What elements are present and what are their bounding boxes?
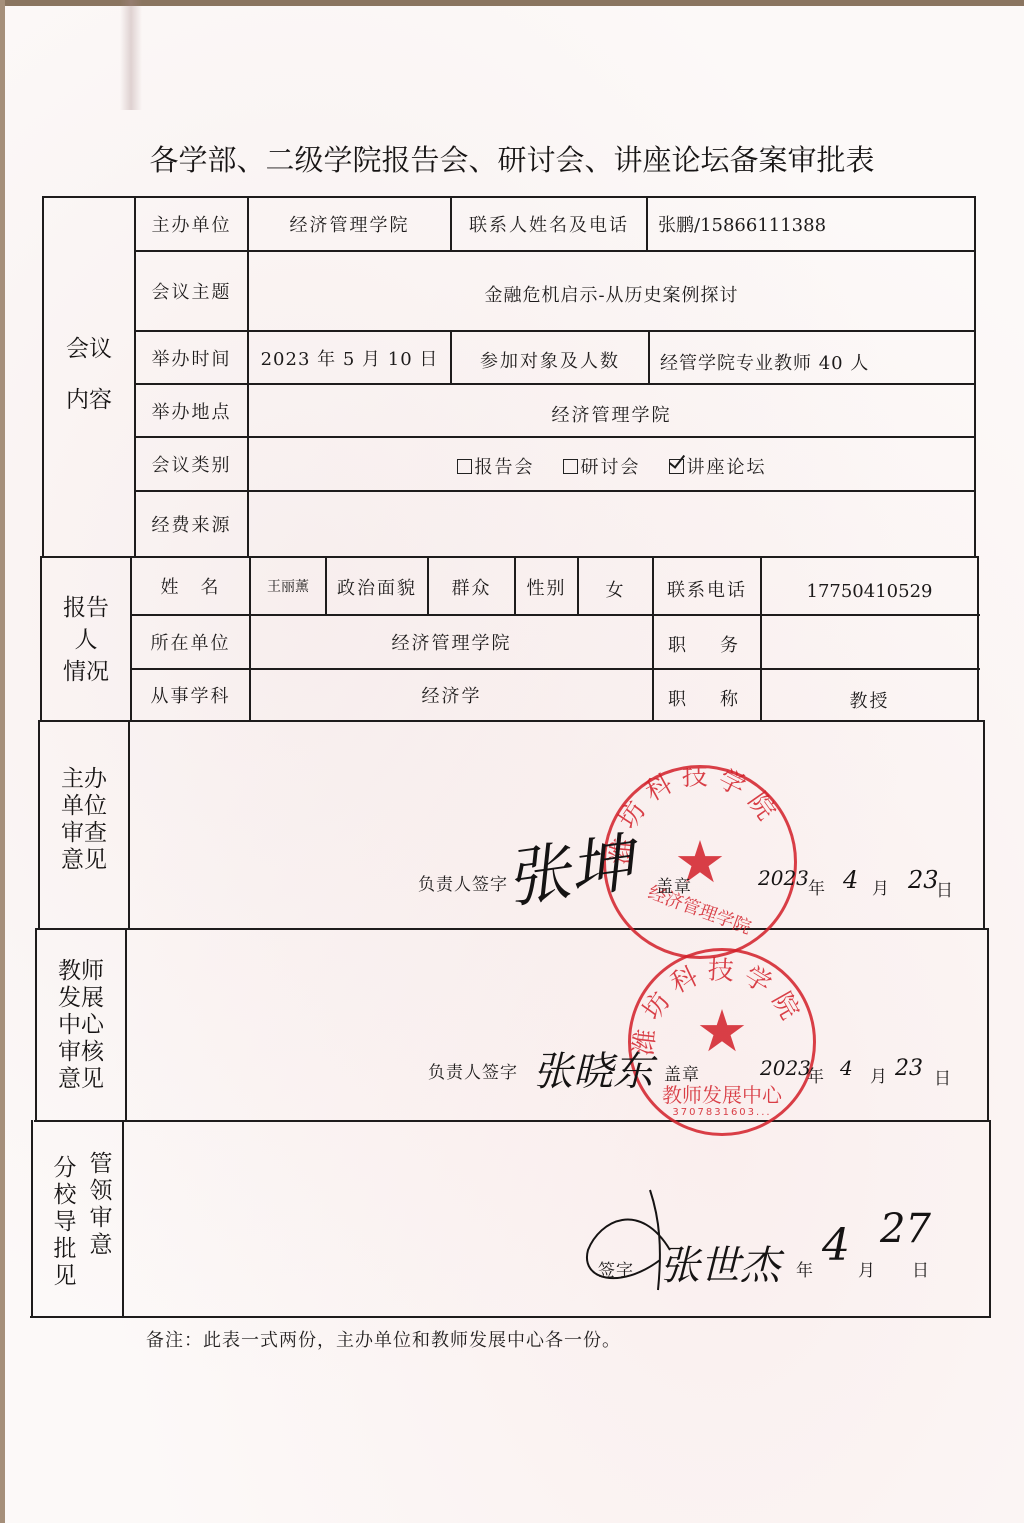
approval-form: 会议 内容 主办单位 经济管理学院 联系人姓名及电话 张鹏/1586611138…	[0, 0, 1024, 1523]
section-label-line: 会议	[66, 336, 112, 363]
seal-star-icon: ★	[696, 1002, 748, 1060]
checkbox-checked-icon[interactable]	[669, 459, 684, 474]
day-label: 日	[912, 1256, 930, 1281]
phone-label: 联系电话	[654, 560, 760, 618]
participants-value: 经管学院专业教师 40 人	[650, 334, 976, 389]
gender-value: 女	[579, 560, 652, 618]
table-border-bottom	[30, 1316, 990, 1318]
location-label: 举办地点	[136, 385, 247, 436]
table-border-right	[983, 720, 985, 930]
category-label: 会议类别	[136, 438, 247, 490]
table-border-right	[989, 1120, 991, 1318]
label-column-divider	[128, 720, 130, 930]
gender-label: 性别	[516, 558, 577, 616]
year-label: 年	[807, 1062, 825, 1087]
discipline-value: 经济学	[251, 670, 652, 720]
host-date-year: 2023	[758, 866, 809, 890]
leader-approval-label-col2: 管 领 审 意	[86, 1140, 116, 1270]
unit-value: 经济管理学院	[251, 616, 652, 668]
discipline-label: 从事学科	[132, 670, 249, 720]
host-review-section-label: 主办 单位 审查 意见	[40, 760, 128, 880]
teacher-center-stamp-label: 盖章	[664, 1060, 700, 1085]
teacher-center-date-month: 4	[840, 1056, 853, 1080]
seal-code: 3707831603...	[631, 1107, 813, 1118]
section-divider	[36, 928, 988, 930]
topic-label: 会议主题	[136, 252, 247, 330]
position-label: 职 务	[654, 618, 760, 670]
leader-date-day: 27	[880, 1206, 931, 1252]
leader-approval-label-col1: 分 校 导 批 见	[50, 1150, 80, 1295]
day-label: 日	[934, 1064, 952, 1089]
category-option-lecture-forum[interactable]: 讲座论坛	[669, 453, 767, 479]
teacher-center-date-year: 2023	[760, 1056, 811, 1080]
phone-value: 17750410529	[762, 562, 977, 620]
section-label-line: 内容	[66, 387, 112, 414]
participants-label: 参加对象及人数	[452, 332, 648, 387]
year-label: 年	[808, 874, 826, 899]
host-signature: 张坤	[499, 812, 639, 921]
contact-value: 张鹏/15866111388	[648, 198, 974, 250]
teacher-center-seal: 潍坊科技学院 ★ 教师发展中心 3707831603...	[628, 948, 816, 1136]
day-label: 日	[936, 876, 954, 901]
speaker-name-value: 王丽薰	[251, 558, 325, 614]
teacher-center-signature: 张晓东	[533, 1040, 653, 1097]
speaker-section-label: 报告 人 情况	[42, 580, 130, 700]
teacher-center-date-day: 23	[895, 1056, 923, 1081]
category-option-report[interactable]: 报告会	[457, 453, 535, 479]
table-border-right	[987, 928, 989, 1122]
title-label: 职 称	[654, 672, 760, 724]
teacher-center-signer-label: 负责人签字	[428, 1058, 518, 1083]
table-border-right	[977, 556, 979, 722]
host-date-month: 4	[843, 866, 858, 894]
category-options: 报告会 研讨会 讲座论坛	[249, 440, 974, 492]
month-label: 月	[872, 874, 890, 899]
checkbox-icon[interactable]	[457, 459, 472, 474]
host-signer-label: 负责人签字	[418, 870, 508, 895]
category-option-seminar[interactable]: 研讨会	[563, 453, 641, 479]
time-value: 2023 年 5 月 10 日	[249, 332, 450, 383]
label-column-divider	[122, 1120, 124, 1318]
section-divider	[34, 1120, 990, 1122]
teacher-center-section-label: 教师 发展 中心 审核 意见	[36, 950, 126, 1100]
year-label: 年	[796, 1256, 814, 1281]
table-border-left	[31, 1120, 33, 1318]
footnote: 备注：此表一式两份，主办单位和教师发展中心各一份。	[146, 1326, 621, 1352]
host-unit-label: 主办单位	[136, 198, 247, 250]
contact-label: 联系人姓名及电话	[452, 198, 646, 250]
month-label: 月	[870, 1062, 888, 1087]
host-unit-value: 经济管理学院	[249, 198, 450, 250]
political-label: 政治面貌	[327, 558, 427, 616]
funding-label: 经费来源	[136, 492, 247, 556]
time-label: 举办时间	[136, 332, 247, 383]
meeting-section-label: 会议 内容	[44, 330, 134, 420]
political-value: 群众	[429, 558, 514, 616]
unit-label: 所在单位	[132, 616, 249, 668]
title-value: 教授	[762, 674, 977, 726]
seal-subtext: 教师发展中心	[631, 1079, 813, 1108]
position-value	[762, 618, 977, 670]
host-stamp-label: 盖章	[656, 872, 692, 897]
topic-value: 金融危机启示-从历史案例探讨	[249, 252, 974, 336]
checkbox-icon[interactable]	[563, 459, 578, 474]
funding-value	[249, 492, 974, 556]
host-date-day: 23	[908, 866, 939, 894]
leader-date-month: 4	[822, 1220, 850, 1271]
leader-signature: 张世杰	[660, 1234, 780, 1291]
location-value: 经济管理学院	[249, 387, 974, 440]
speaker-name-label: 姓 名	[132, 558, 249, 614]
month-label: 月	[858, 1256, 876, 1281]
